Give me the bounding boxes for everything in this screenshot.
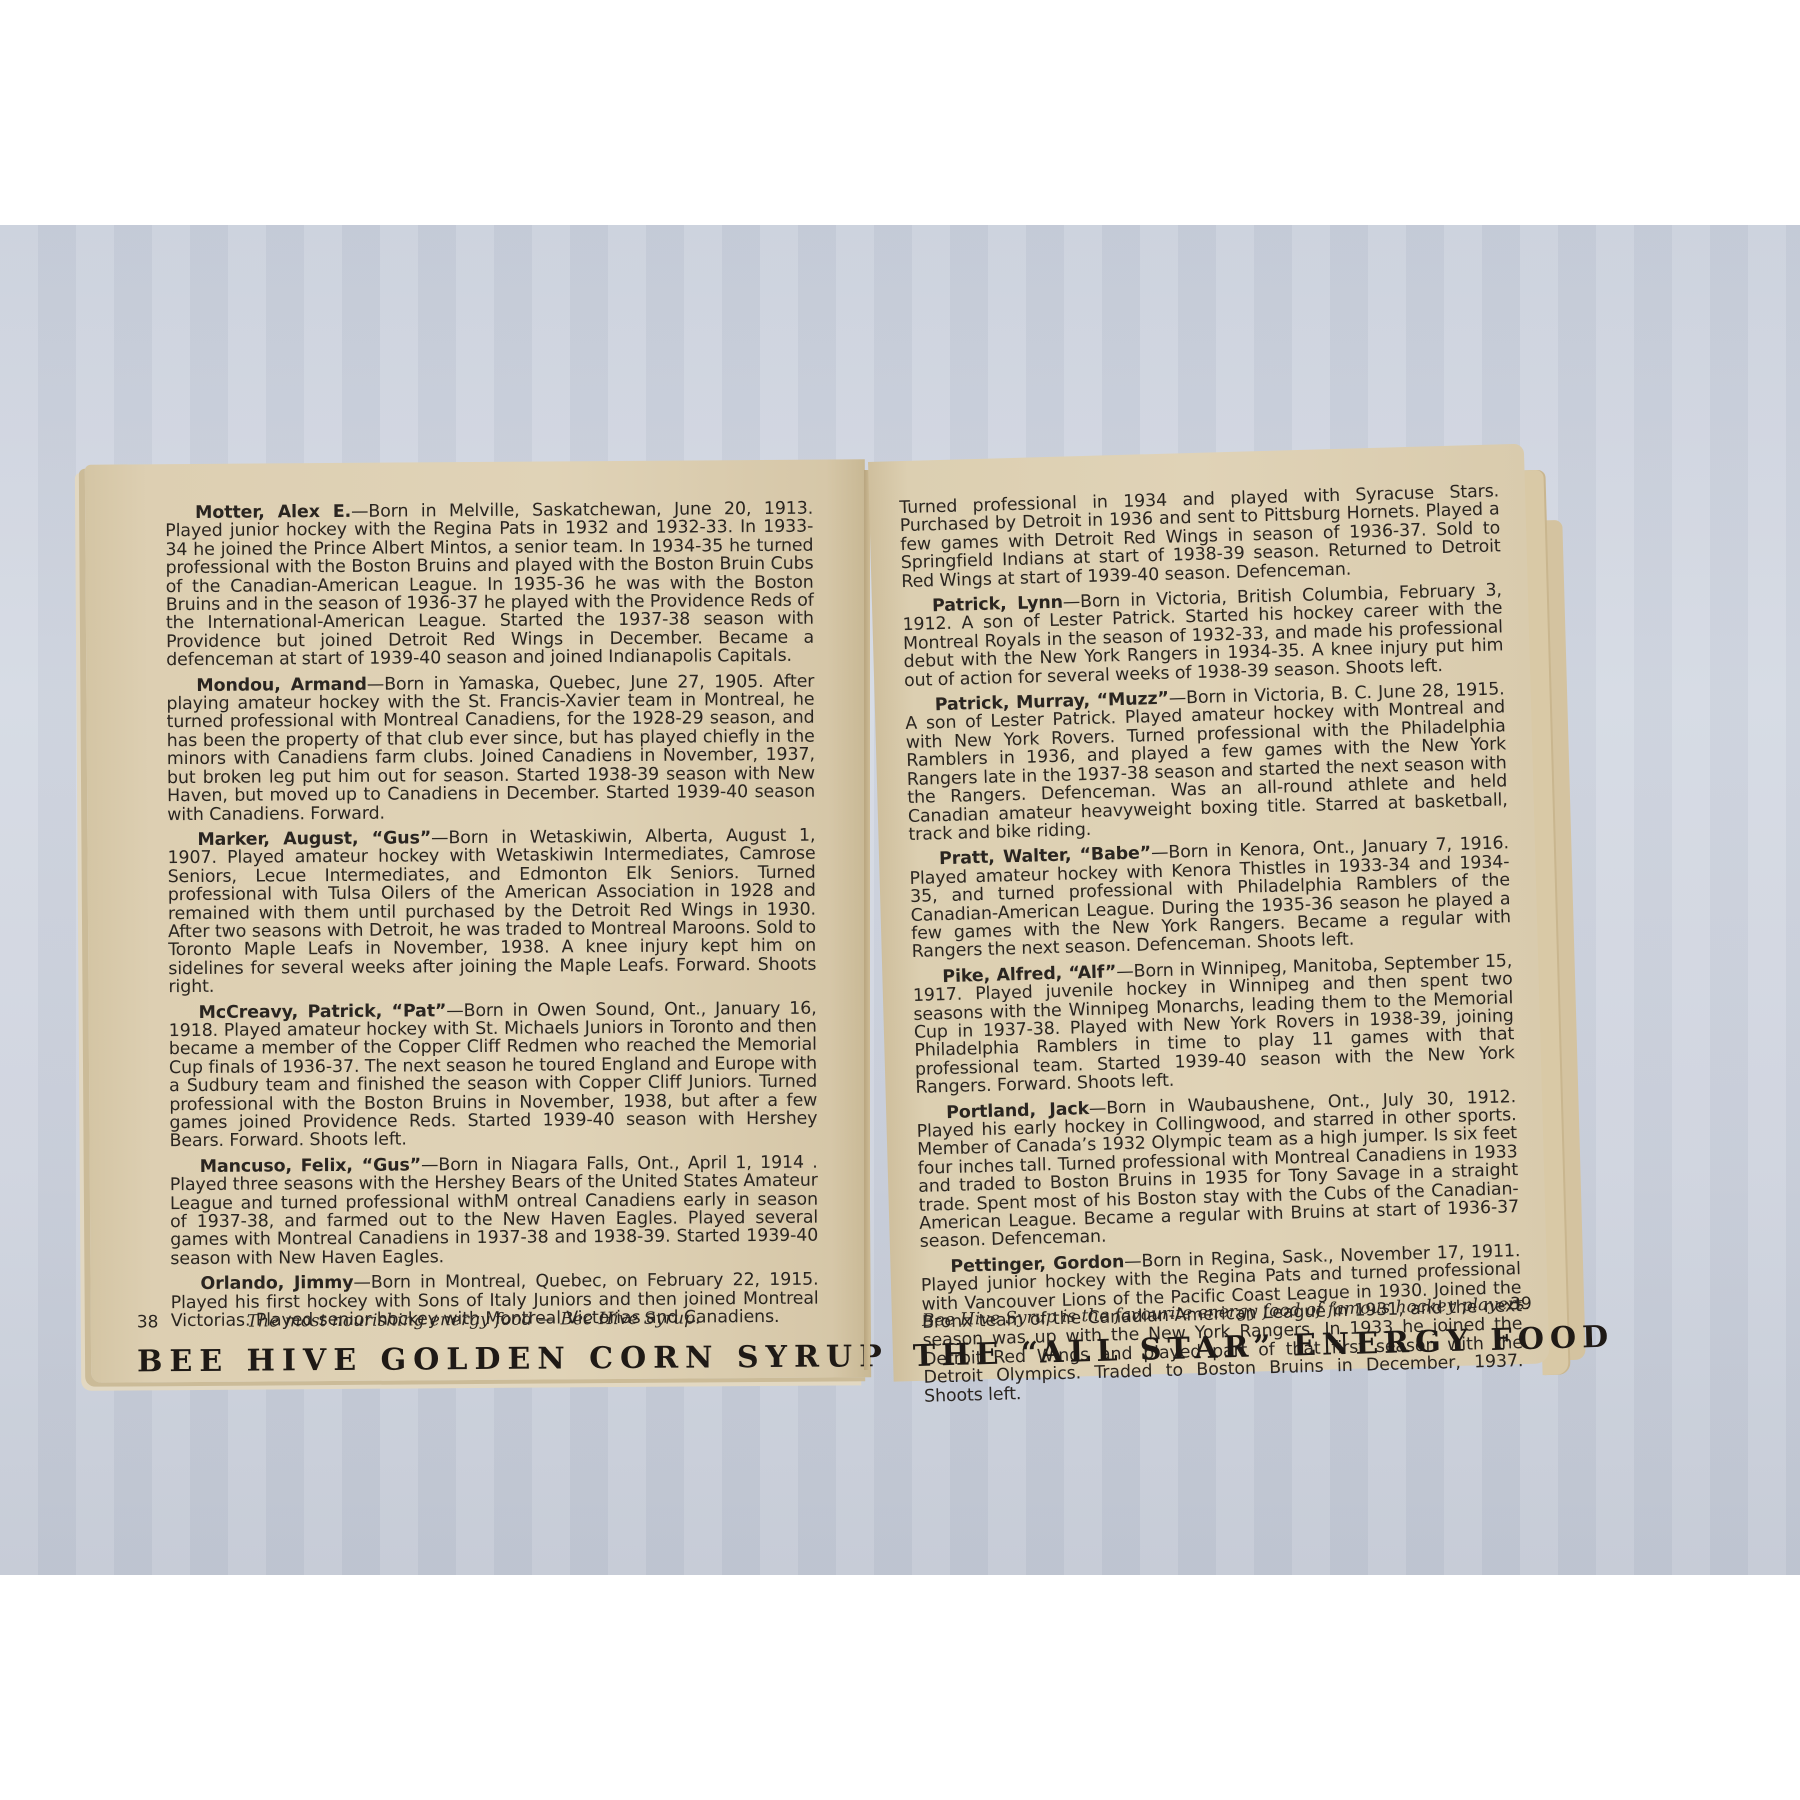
- player-bio: —Born in Melville, Saskatchewan, June 20…: [165, 499, 814, 671]
- open-booklet: Motter, Alex E.—Born in Melville, Saskat…: [0, 0, 1800, 1800]
- player-bio: —Born in Owen Sound, Ont., January 16, 1…: [169, 998, 818, 1151]
- right-page: Turned professional in 1934 and played w…: [868, 444, 1549, 1382]
- player-entry: Marker, August, “Gus”—Born in Wetaskiwin…: [167, 827, 816, 997]
- player-entry: Pike, Alfred, “Alf”—Born in Winnipeg, Ma…: [912, 952, 1515, 1098]
- player-entry: Pratt, Walter, “Babe”—Born in Kenora, On…: [909, 835, 1512, 962]
- player-entry: Patrick, Lynn—Born in Victoria, British …: [902, 581, 1504, 690]
- player-entry: Motter, Alex E.—Born in Melville, Saskat…: [165, 500, 814, 670]
- player-entry: Mondou, Armand—Born in Yamaska, Quebec, …: [166, 672, 815, 824]
- right-page-text: Turned professional in 1934 and played w…: [899, 482, 1524, 1412]
- page-number: 38: [137, 1312, 159, 1332]
- player-entry: Portland, Jack—Born in Waubaushene, Ont.…: [916, 1088, 1520, 1252]
- player-entry: McCreavy, Patrick, “Pat”—Born in Owen So…: [169, 999, 818, 1151]
- left-page-text: Motter, Alex E.—Born in Melville, Saskat…: [165, 500, 819, 1338]
- book-spine-gutter: [864, 470, 870, 1370]
- footer-tagline: The most nourishing energy food — Bee Hi…: [247, 1308, 701, 1331]
- left-page: Motter, Alex E.—Born in Melville, Saskat…: [85, 459, 871, 1382]
- player-bio: —Born in Yamaska, Quebec, June 27, 1905.…: [166, 671, 815, 824]
- player-entry: Patrick, Murray, “Muzz”—Born in Victoria…: [905, 680, 1509, 844]
- page-number: 39: [1510, 1294, 1532, 1315]
- continued-entry: Turned professional in 1934 and played w…: [899, 482, 1501, 591]
- advert-slogan: BEE HIVE GOLDEN CORN SYRUP: [137, 1339, 889, 1379]
- player-entry: Mancuso, Felix, “Gus”—Born in Niagara Fa…: [170, 1153, 819, 1268]
- player-bio: —Born in Wetaskiwin, Alberta, August 1, …: [167, 826, 816, 998]
